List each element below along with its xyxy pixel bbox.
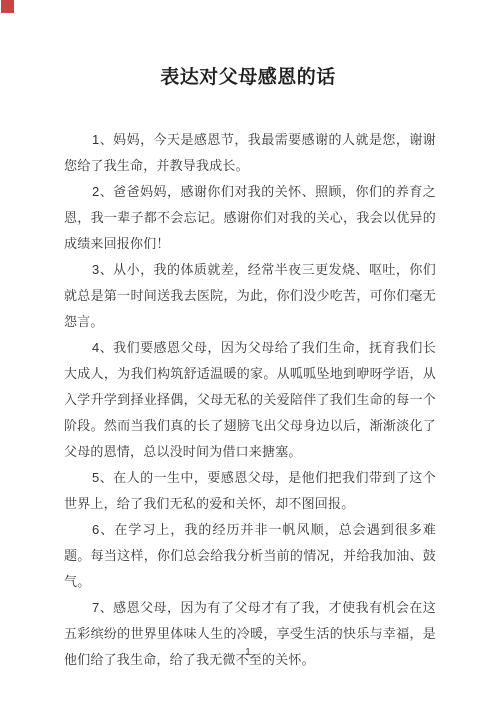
paragraph: 1、妈妈，今天是感恩节，我最需要感谢的人就是您，谢谢您给了我生命，并教导我成长。 bbox=[64, 127, 436, 179]
paragraph: 5、在人的一生中，要感恩父母，是他们把我们带到了这个世界上，给了我们无私的爱和关… bbox=[64, 465, 436, 517]
paragraph: 4、我们要感恩父母，因为父母给了我们生命，抚育我们长大成人，为我们构筑舒适温暖的… bbox=[64, 335, 436, 465]
paragraph: 3、从小，我的体质就差，经常半夜三更发烧、呕吐，你们就总是第一时间送我去医院，为… bbox=[64, 257, 436, 335]
paragraph: 6、在学习上，我的经历并非一帆风顺，总会遇到很多难题。每当这样，你们总会给我分析… bbox=[64, 517, 436, 595]
document-page: 表达对父母感恩的话 1、妈妈，今天是感恩节，我最需要感谢的人就是您，谢谢您给了我… bbox=[0, 0, 496, 702]
paragraph: 2、爸爸妈妈，感谢你们对我的关怀、照顾，你们的养育之恩，我一辈子都不会忘记。感谢… bbox=[64, 179, 436, 257]
page-number: 1 bbox=[0, 647, 496, 658]
document-body: 1、妈妈，今天是感恩节，我最需要感谢的人就是您，谢谢您给了我生命，并教导我成长。… bbox=[64, 127, 436, 673]
red-corner-marker bbox=[1, 0, 14, 13]
document-title: 表达对父母感恩的话 bbox=[0, 0, 496, 89]
paragraph: 7、感恩父母，因为有了父母才有了我，才使我有机会在这五彩缤纷的世界里体味人生的冷… bbox=[64, 595, 436, 673]
